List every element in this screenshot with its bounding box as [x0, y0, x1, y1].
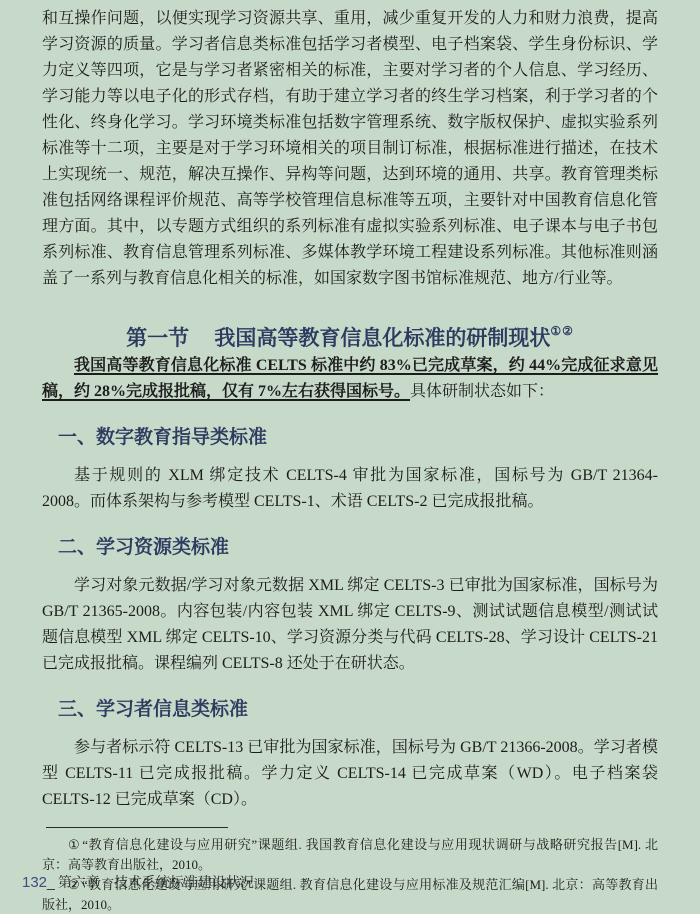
intro-paragraph: 和互操作问题，以便实现学习资源共享、重用，减少重复开发的人力和财力浪费，提高学习…: [42, 6, 658, 292]
section-title-prefix: 第一节: [126, 326, 189, 350]
footer-chapter-title: 技术系统标准建设状况: [114, 876, 254, 891]
summary-paragraph: 我国高等教育信息化标准 CELTS 标准中约 83%已完成草案，约 44%完成征…: [42, 353, 658, 405]
subsection-body-3: 参与者标示符 CELTS-13 已审批为国家标准，国标号为 GB/T 21366…: [42, 735, 658, 813]
footer-separator: _: [47, 874, 55, 890]
page-footer: 132_第六章技术系统标准建设状况: [22, 872, 254, 892]
summary-rest-text: 具体研制状态如下：: [410, 383, 554, 400]
summary-underlined-text: 我国高等教育信息化标准 CELTS 标准中约 83%已完成草案，约 44%完成征…: [42, 357, 658, 400]
footnote-1-marker: ①: [68, 837, 80, 852]
section-title-text: 我国高等教育信息化标准的研制现状: [214, 326, 550, 350]
footer-page-number: 132: [22, 874, 47, 891]
footnote-1: ①“教育信息化建设与应用研究”课题组. 我国教育信息化建设与应用现状调研与战略研…: [42, 835, 658, 875]
footer-chapter: 第六章: [58, 876, 100, 891]
subsection-heading-2: 二、学习资源类标准: [58, 535, 658, 561]
section-title: 第一节我国高等教育信息化标准的研制现状①②: [42, 318, 658, 353]
subsection-heading-3: 三、学习者信息类标准: [58, 697, 658, 723]
document-page: 和互操作问题，以便实现学习资源共享、重用，减少重复开发的人力和财力浪费，提高学习…: [0, 0, 700, 914]
subsection-body-2: 学习对象元数据/学习对象元数据 XML 绑定 CELTS-3 已审批为国家标准，…: [42, 573, 658, 677]
footnote-divider: [46, 827, 228, 828]
subsection-body-1: 基于规则的 XLM 绑定技术 CELTS-4 审批为国家标准，国标号为 GB/T…: [42, 463, 658, 515]
footnote-1-text: “教育信息化建设与应用研究”课题组. 我国教育信息化建设与应用现状调研与战略研究…: [42, 837, 658, 872]
section-title-footnote-refs: ①②: [550, 324, 574, 338]
subsection-heading-1: 一、数字教育指导类标准: [58, 425, 658, 451]
